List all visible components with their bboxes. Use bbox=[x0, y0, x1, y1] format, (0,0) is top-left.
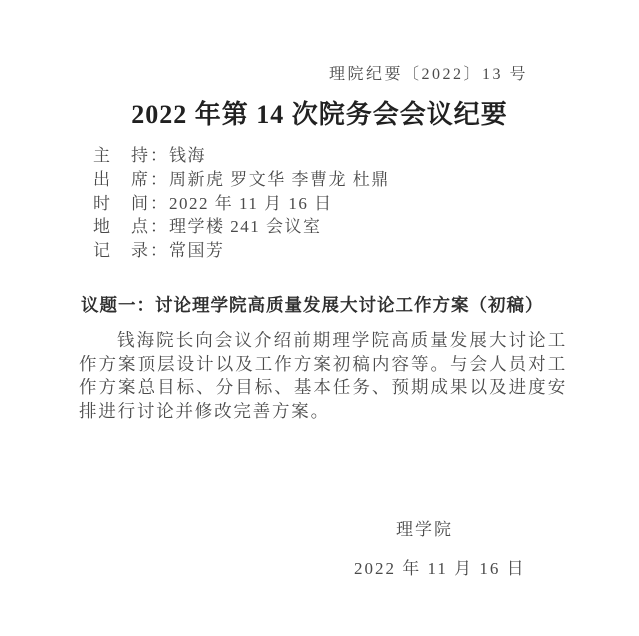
meta-value: 周新虎 罗文华 李曹龙 杜鼎 bbox=[169, 170, 390, 189]
signature-org: 理学院 bbox=[396, 515, 453, 540]
meta-row-attendees: 出 席：周新虎 罗文华 李曹龙 杜鼎 bbox=[93, 168, 390, 192]
meta-label: 地 点： bbox=[93, 217, 169, 236]
meta-list: 主 持：钱海 出 席：周新虎 罗文华 李曹龙 杜鼎 时 间：2022 年 11 … bbox=[93, 144, 390, 263]
meta-row-location: 地 点：理学楼 241 会议室 bbox=[93, 215, 390, 239]
meta-label: 时 间： bbox=[93, 194, 169, 213]
topic-heading: 议题一：讨论理学院高质量发展大讨论工作方案（初稿） bbox=[81, 292, 544, 317]
doc-title: 2022 年第 14 次院务会会议纪要 bbox=[0, 94, 639, 131]
meta-value: 2022 年 11 月 16 日 bbox=[169, 194, 333, 213]
body-paragraph: 钱海院长向会议介绍前期理学院高质量发展大讨论工作方案顶层设计以及工作方案初稿内容… bbox=[79, 329, 567, 423]
meta-label: 记 录： bbox=[93, 241, 169, 260]
meta-value: 理学楼 241 会议室 bbox=[169, 217, 322, 236]
meta-value: 钱海 bbox=[169, 146, 206, 165]
signature-date: 2022 年 11 月 16 日 bbox=[354, 554, 526, 579]
document-page: 理院纪要〔2022〕13 号 2022 年第 14 次院务会会议纪要 主 持：钱… bbox=[0, 0, 639, 636]
meta-label: 主 持： bbox=[93, 146, 169, 165]
doc-number: 理院纪要〔2022〕13 号 bbox=[0, 61, 528, 84]
meta-row-time: 时 间：2022 年 11 月 16 日 bbox=[93, 192, 390, 216]
meta-value: 常国芳 bbox=[169, 241, 225, 260]
meta-label: 出 席： bbox=[93, 170, 169, 189]
meta-row-recorder: 记 录：常国芳 bbox=[93, 239, 390, 263]
meta-row-host: 主 持：钱海 bbox=[93, 144, 390, 168]
